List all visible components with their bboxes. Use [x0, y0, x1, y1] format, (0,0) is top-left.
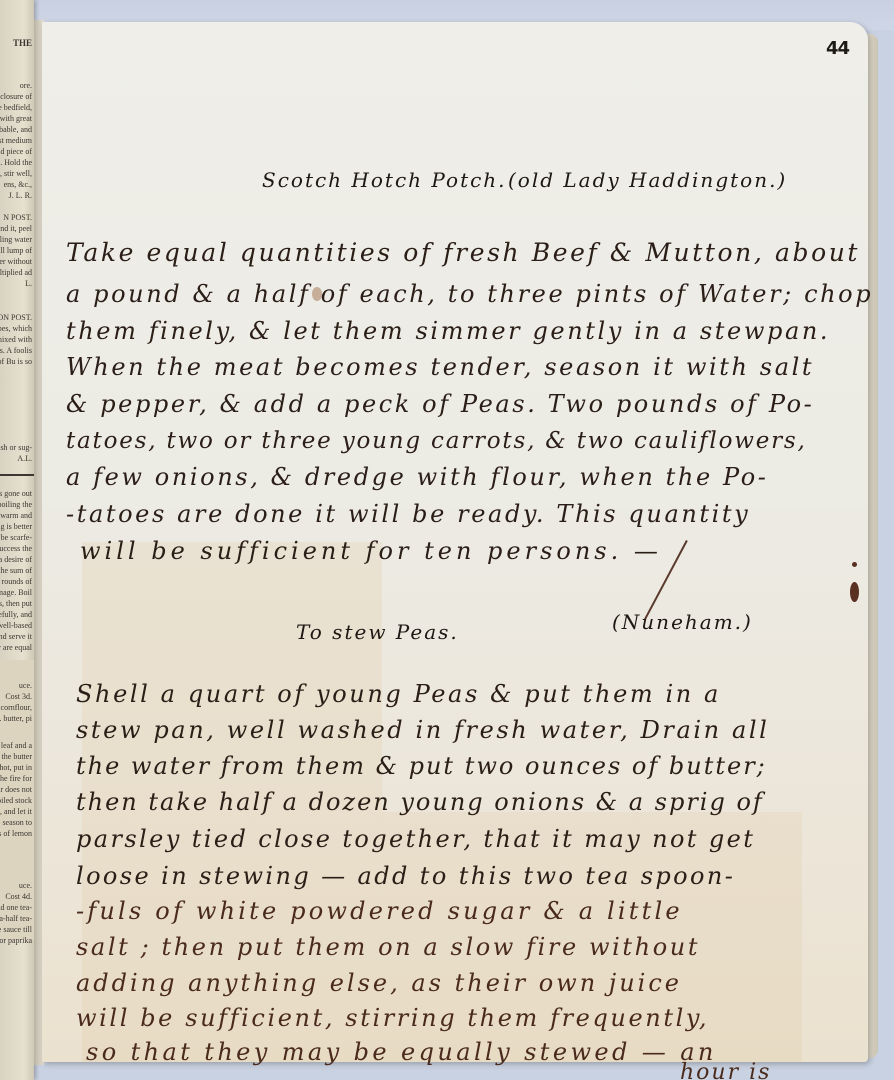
recipe-line: -tatoes are done it will be ready. This …	[66, 500, 750, 528]
ink-blot	[850, 582, 859, 602]
recipe-line: When the meat becomes tender, season it …	[66, 353, 814, 381]
recipe-line: them finely, & let them simmer gently in…	[66, 317, 830, 345]
clipping-text: ore. Enclosure of the bedfield, med with…	[0, 80, 32, 201]
clipping-text: N POST. it, and it, peel boiling water a…	[0, 212, 32, 289]
clipping-text: dish or sug- A.L.	[0, 442, 32, 464]
recipe-line: -fuls of white powdered sugar & a little	[76, 897, 683, 925]
recipe-line: will be sufficient, stirring them freque…	[76, 1004, 709, 1032]
clipping-text: owl has gone out of "spoiling the nothin…	[0, 488, 32, 653]
recipe-line: will be sufficient for ten persons. —	[80, 537, 662, 565]
recipe-title: Scotch Hotch Potch.	[262, 168, 507, 192]
clipping-text: th a bay leaf and a es. Melt the butter …	[0, 740, 32, 839]
clipping-text: uce. Cost 3d. Patent" cornflour, los. bu…	[0, 680, 32, 724]
recipe-line: so that they may be equally stewed — an	[86, 1038, 717, 1066]
recipe-source: (Nuneham.)	[612, 610, 753, 634]
recipe-source: (old Lady Haddington.)	[508, 168, 787, 192]
clipping-divider	[0, 474, 34, 476]
recipe-title: To stew Peas.	[296, 620, 459, 644]
recipe-line: Shell a quart of young Peas & put them i…	[76, 680, 721, 708]
recipe-line: then take half a dozen young onions & a …	[76, 788, 764, 816]
recipe-line: stew pan, well washed in fresh water, Dr…	[76, 716, 769, 744]
recipe-line: Take equal quantities of fresh Beef & Mu…	[66, 238, 860, 267]
recipe-line: a pound & a half of each, to three pints…	[66, 280, 873, 308]
recipe-line: a few onions, & dredge with flour, when …	[66, 463, 769, 491]
recipe-line: parsley tied close together, that it may…	[76, 825, 755, 853]
recipe-line: & pepper, & add a peck of Peas. Two poun…	[66, 390, 814, 418]
recipe-line: salt ; then put them on a slow fire with…	[76, 933, 700, 961]
recipe-line: tatoes, two or three young carrots, & tw…	[66, 428, 807, 454]
ink-blot	[852, 562, 857, 567]
left-printed-clipping-page: THE ore. Enclosure of the bedfield, med …	[0, 0, 34, 1080]
recipe-line: the water from them & put two ounces of …	[76, 752, 767, 780]
recipe-line: loose in stewing — add to this two tea s…	[76, 862, 735, 890]
clipping-text: uce. Cost 4d. th sauce add one tea- or o…	[0, 880, 32, 946]
clipping-header: THE	[0, 38, 32, 49]
clipping-text: ON POST. new recipes, which mixed mixed …	[0, 312, 32, 367]
recipe-line: hour is	[680, 1060, 771, 1080]
recipe-line: adding anything else, as their own juice	[76, 969, 682, 997]
page-number: 44	[826, 38, 849, 59]
